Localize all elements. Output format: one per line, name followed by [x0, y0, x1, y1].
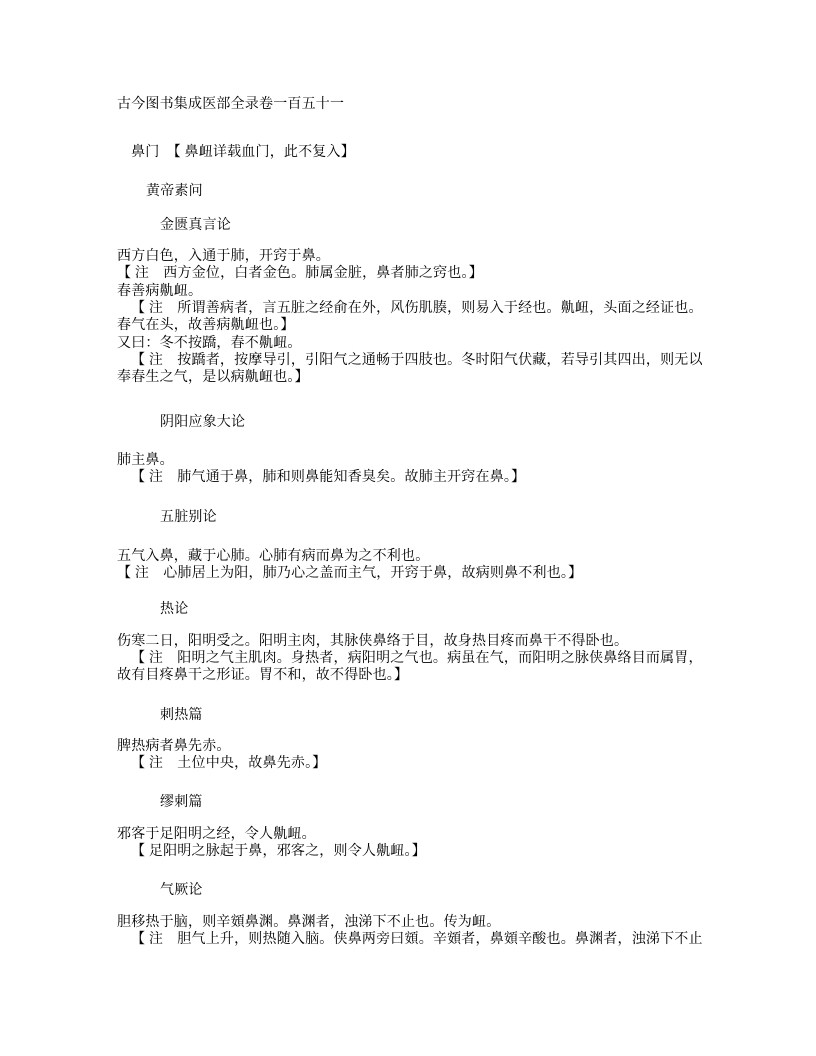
text-line: 春善病鼽衄。: [117, 283, 723, 300]
passage: 脾热病者鼻先赤。【 注 土位中央，故鼻先赤。】: [117, 738, 723, 773]
chapter-title: 热论: [117, 601, 723, 618]
text-line: 【 注 胆气上升，则热随入脑。侠鼻两旁曰頞。辛頞者，鼻頞辛酸也。鼻渊者，浊涕下不…: [117, 931, 723, 948]
text-line: 胆移热于脑，则辛頞鼻渊。鼻渊者，浊涕下不止也。传为衄。: [117, 914, 723, 931]
chapter-title-line: 五脏别论: [117, 509, 723, 526]
passage: 肺主鼻。【 注 肺气通于鼻，肺和则鼻能知香臭矣。故肺主开窍在鼻。】: [117, 452, 723, 487]
text-line: 伤寒二日，阳明受之。阳明主肉，其脉侠鼻络于目，故身热目疼而鼻干不得卧也。: [117, 633, 723, 650]
chapter-title: 金匮真言论: [117, 217, 723, 234]
passage: 五气入鼻，藏于心肺。心肺有病而鼻为之不利也。【 注 心肺居上为阳，肺乃心之盖而主…: [117, 548, 723, 583]
chapter-title-line: 缪刺篇: [117, 794, 723, 811]
chapter-title-line: 金匮真言论: [117, 217, 723, 234]
text-line: 肺主鼻。: [117, 452, 723, 469]
chapter-title-line: 气厥论: [117, 882, 723, 899]
text-line: 【 注 所谓善病者，言五脏之经俞在外，风伤肌腠，则易入于经也。鼽衄，头面之经证也…: [117, 300, 723, 317]
passage: 邪客于足阳明之经，令人鼽衄。【 足阳明之脉起于鼻，邪客之，则令人鼽衄。】: [117, 826, 723, 861]
chapter-title-line: 刺热篇: [117, 707, 723, 724]
source-title-line: 黄帝素问: [117, 183, 723, 200]
document-body: 古今图书集成医部全录卷一百五十一鼻门 【 鼻衄详载血门，此不复入】黄帝素问金匮真…: [117, 96, 723, 948]
text-line: 西方白色，入通于肺，开窍于鼻。: [117, 248, 723, 265]
text-line: 奉春生之气，是以病鼽衄也。】: [117, 369, 723, 386]
text-line: 【 注 按蹻者，按摩导引，引阳气之通畅于四肢也。冬时阳气伏藏，若导引其四出，则无…: [117, 352, 723, 369]
source-title: 黄帝素问: [117, 183, 723, 200]
text-line: 【 注 西方金位，白者金色。肺属金脏，鼻者肺之窍也。】: [117, 265, 723, 282]
text-line: 故有目疼鼻干之形证。胃不和，故不得卧也。】: [117, 667, 723, 684]
text-line: 【 注 土位中央，故鼻先赤。】: [117, 755, 723, 772]
document-page: 古今图书集成医部全录卷一百五十一鼻门 【 鼻衄详载血门，此不复入】黄帝素问金匮真…: [0, 0, 816, 1056]
text-line: 五气入鼻，藏于心肺。心肺有病而鼻为之不利也。: [117, 548, 723, 565]
chapter-title-line: 热论: [117, 601, 723, 618]
passage: 伤寒二日，阳明受之。阳明主肉，其脉侠鼻络于目，故身热目疼而鼻干不得卧也。【 注 …: [117, 633, 723, 685]
text-line: 脾热病者鼻先赤。: [117, 738, 723, 755]
text-line: 【 注 肺气通于鼻，肺和则鼻能知香臭矣。故肺主开窍在鼻。】: [117, 469, 723, 486]
text-line: 【 注 心肺居上为阳，肺乃心之盖而主气，开窍于鼻，故病则鼻不利也。】: [117, 565, 723, 582]
chapter-title: 阴阳应象大论: [117, 414, 723, 431]
chapter-title: 气厥论: [117, 882, 723, 899]
text-line: 春气在头，故善病鼽衄也。】: [117, 317, 723, 334]
chapter-title-line: 阴阳应象大论: [117, 414, 723, 431]
chapter-title: 五脏别论: [117, 509, 723, 526]
volume-title-line: 古今图书集成医部全录卷一百五十一: [117, 96, 723, 113]
text-line: 【 注 阳明之气主肌肉。身热者，病阳明之气也。病虽在气，而阳明之脉侠鼻络目而属胃…: [117, 650, 723, 667]
section-title: 鼻门 【 鼻衄详载血门，此不复入】: [117, 144, 723, 161]
volume-title: 古今图书集成医部全录卷一百五十一: [117, 96, 723, 113]
text-line: 【 足阳明之脉起于鼻，邪客之，则令人鼽衄。】: [117, 843, 723, 860]
section-title-line: 鼻门 【 鼻衄详载血门，此不复入】: [117, 144, 723, 161]
text-line: 又曰：冬不按蹻，春不鼽衄。: [117, 335, 723, 352]
passage: 胆移热于脑，则辛頞鼻渊。鼻渊者，浊涕下不止也。传为衄。【 注 胆气上升，则热随入…: [117, 914, 723, 949]
passage: 西方白色，入通于肺，开窍于鼻。【 注 西方金位，白者金色。肺属金脏，鼻者肺之窍也…: [117, 248, 723, 386]
text-line: 邪客于足阳明之经，令人鼽衄。: [117, 826, 723, 843]
chapter-title: 缪刺篇: [117, 794, 723, 811]
chapter-title: 刺热篇: [117, 707, 723, 724]
